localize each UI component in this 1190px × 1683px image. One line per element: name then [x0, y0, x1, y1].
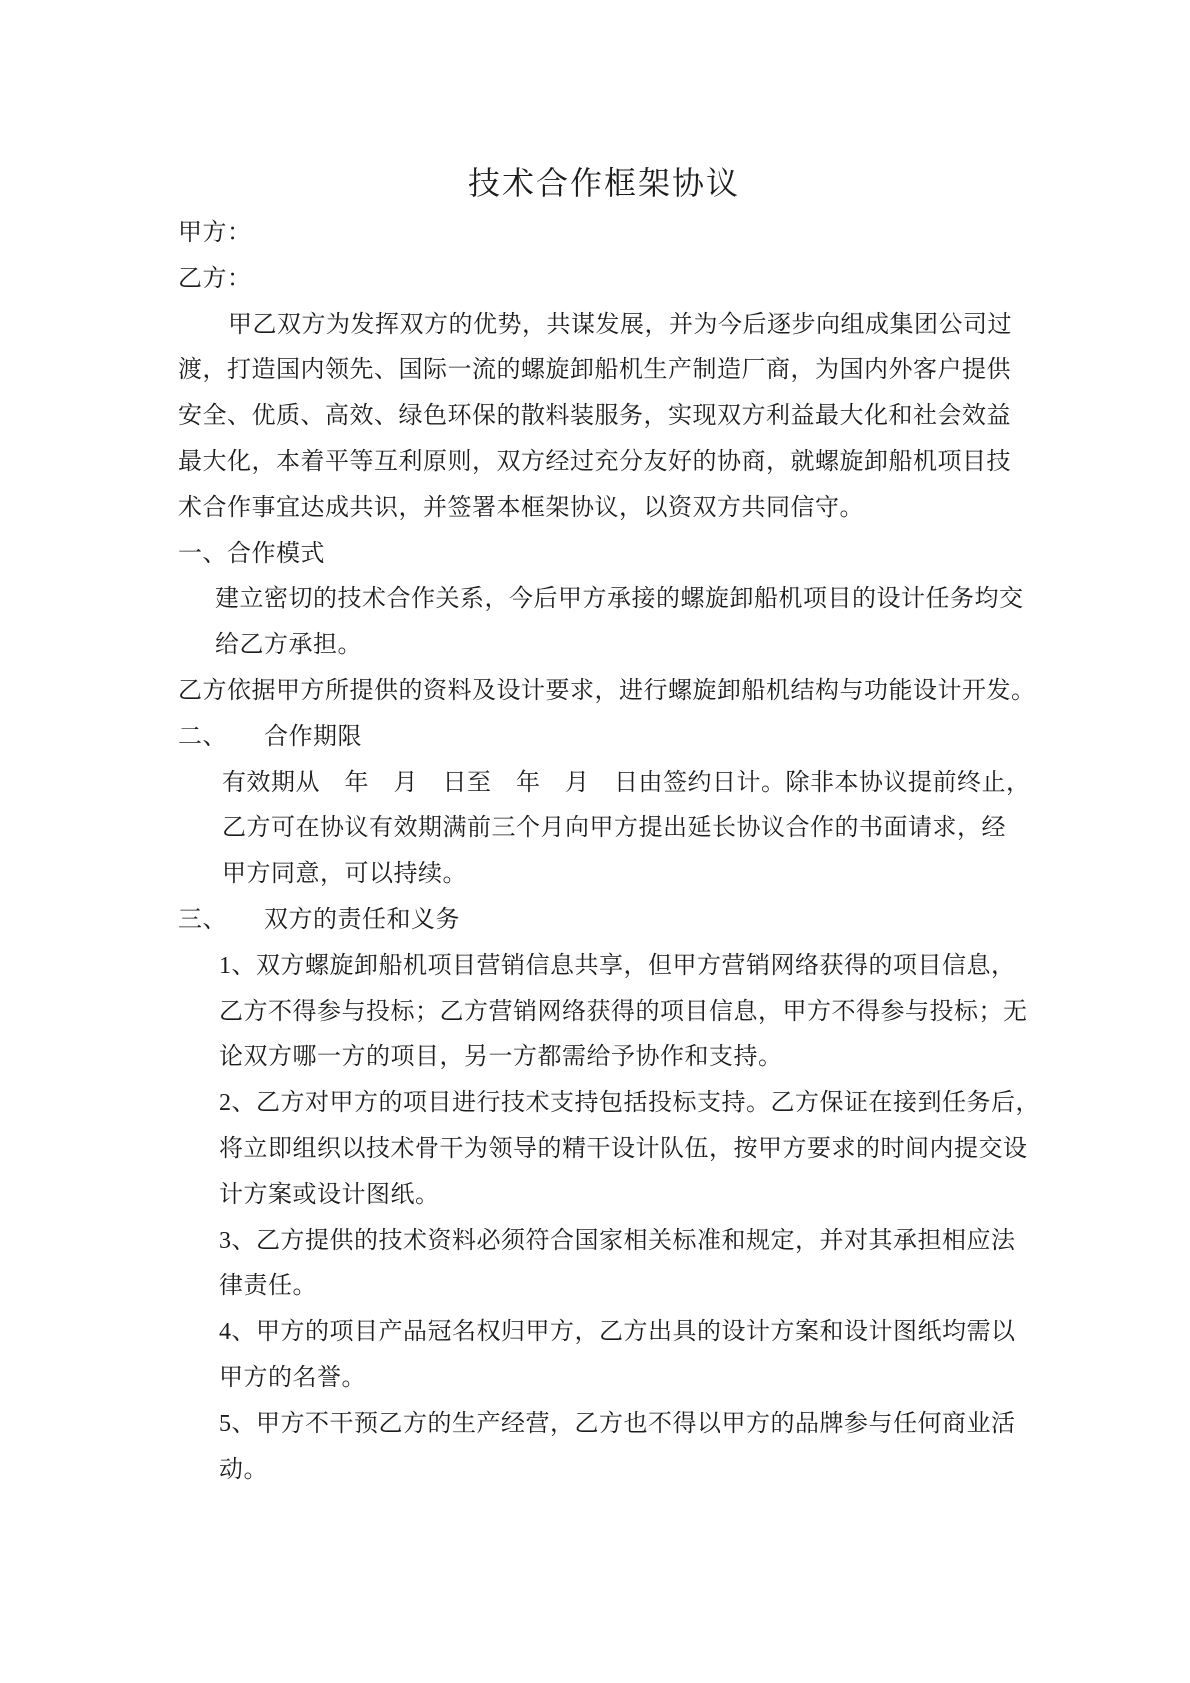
section-2-paragraph: 有效期从 年 月 日至 年 月 日由签约日计。除非本协议提前终止， 乙方可在协议… [178, 761, 1030, 898]
preamble-line: 最大化，本着平等互利原则，双方经过充分友好的协商，就螺旋卸船机项目技 [178, 440, 1030, 486]
list-item-line: 5、甲方不干预乙方的生产经营，乙方也不得以甲方的品牌参与任何商业活 [219, 1402, 1030, 1448]
section-1-title: 合作模式 [227, 541, 325, 567]
preamble-line: 甲乙双方为发挥双方的优势，共谋发展，并为今后逐步向组成集团公司过 [178, 303, 1030, 349]
section-2-heading: 二、合作期限 [178, 715, 1030, 761]
paragraph-line: 给乙方承担。 [215, 623, 1030, 669]
paragraph-line: 甲方同意，可以持续。 [222, 852, 1030, 898]
list-item-line: 将立即组织以技术骨干为领导的精干设计队伍，按甲方要求的时间内提交设 [219, 1127, 1030, 1173]
party-b-line: 乙方： [178, 257, 1030, 303]
list-item-line: 3、乙方提供的技术资料必须符合国家相关标准和规定，并对其承担相应法 [219, 1219, 1030, 1265]
list-item-5: 5、甲方不干预乙方的生产经营，乙方也不得以甲方的品牌参与任何商业活 动。 [178, 1402, 1030, 1494]
paragraph-line: 乙方可在协议有效期满前三个月向甲方提出延长协议合作的书面请求，经 [222, 806, 1030, 852]
list-item-1: 1、双方螺旋卸船机项目营销信息共享，但甲方营销网络获得的项目信息， 乙方不得参与… [178, 944, 1030, 1081]
document-page: 技术合作框架协议 甲方： 乙方： 甲乙双方为发挥双方的优势，共谋发展，并为今后逐… [0, 0, 1190, 1683]
section-3-number: 三、 [178, 907, 227, 933]
document-content: 技术合作框架协议 甲方： 乙方： 甲乙双方为发挥双方的优势，共谋发展，并为今后逐… [0, 0, 1190, 1493]
list-item-2: 2、乙方对甲方的项目进行技术支持包括投标支持。乙方保证在接到任务后， 将立即组织… [178, 1081, 1030, 1218]
section-1-paragraph: 建立密切的技术合作关系，今后甲方承接的螺旋卸船机项目的设计任务均交 给乙方承担。 [178, 577, 1030, 669]
list-item-line: 律责任。 [219, 1264, 1030, 1310]
list-item-line: 论双方哪一方的项目，另一方都需给予协作和支持。 [219, 1035, 1030, 1081]
paragraph-line: 乙方依据甲方所提供的资料及设计要求，进行螺旋卸船机结构与功能设计开发。 [178, 669, 1030, 715]
preamble-paragraph: 甲乙双方为发挥双方的优势，共谋发展，并为今后逐步向组成集团公司过 渡，打造国内领… [178, 303, 1030, 532]
list-item-line: 2、乙方对甲方的项目进行技术支持包括投标支持。乙方保证在接到任务后， [219, 1081, 1030, 1127]
section-2-number: 二、 [178, 724, 227, 750]
section-1-paragraph-2: 乙方依据甲方所提供的资料及设计要求，进行螺旋卸船机结构与功能设计开发。 [178, 669, 1030, 715]
section-1-heading: 一、合作模式 [178, 532, 1030, 578]
list-item-3: 3、乙方提供的技术资料必须符合国家相关标准和规定，并对其承担相应法 律责任。 [178, 1219, 1030, 1311]
list-item-line: 4、甲方的项目产品冠名权归甲方，乙方出具的设计方案和设计图纸均需以 [219, 1310, 1030, 1356]
list-item-line: 乙方不得参与投标；乙方营销网络获得的项目信息，甲方不得参与投标；无 [219, 990, 1030, 1036]
list-item-4: 4、甲方的项目产品冠名权归甲方，乙方出具的设计方案和设计图纸均需以 甲方的名誉。 [178, 1310, 1030, 1402]
list-item-line: 1、双方螺旋卸船机项目营销信息共享，但甲方营销网络获得的项目信息， [219, 944, 1030, 990]
section-1-number: 一、 [178, 541, 227, 567]
list-item-line: 动。 [219, 1448, 1030, 1494]
preamble-line: 术合作事宜达成共识，并签署本框架协议，以资双方共同信守。 [178, 486, 1030, 532]
section-3-heading: 三、双方的责任和义务 [178, 898, 1030, 944]
list-item-line: 甲方的名誉。 [219, 1356, 1030, 1402]
section-3-title: 双方的责任和义务 [264, 907, 460, 933]
paragraph-line: 建立密切的技术合作关系，今后甲方承接的螺旋卸船机项目的设计任务均交 [215, 577, 1030, 623]
preamble-line: 安全、优质、高效、绿色环保的散料装服务，实现双方利益最大化和社会效益 [178, 394, 1030, 440]
party-a-line: 甲方： [178, 211, 1030, 257]
section-2-title: 合作期限 [264, 724, 362, 750]
list-item-line: 计方案或设计图纸。 [219, 1173, 1030, 1219]
preamble-line: 渡，打造国内领先、国际一流的螺旋卸船机生产制造厂商，为国内外客户提供 [178, 348, 1030, 394]
paragraph-line: 有效期从 年 月 日至 年 月 日由签约日计。除非本协议提前终止， [222, 761, 1030, 807]
document-body: 甲方： 乙方： 甲乙双方为发挥双方的优势，共谋发展，并为今后逐步向组成集团公司过… [178, 211, 1030, 1493]
document-title: 技术合作框架协议 [178, 0, 1030, 211]
